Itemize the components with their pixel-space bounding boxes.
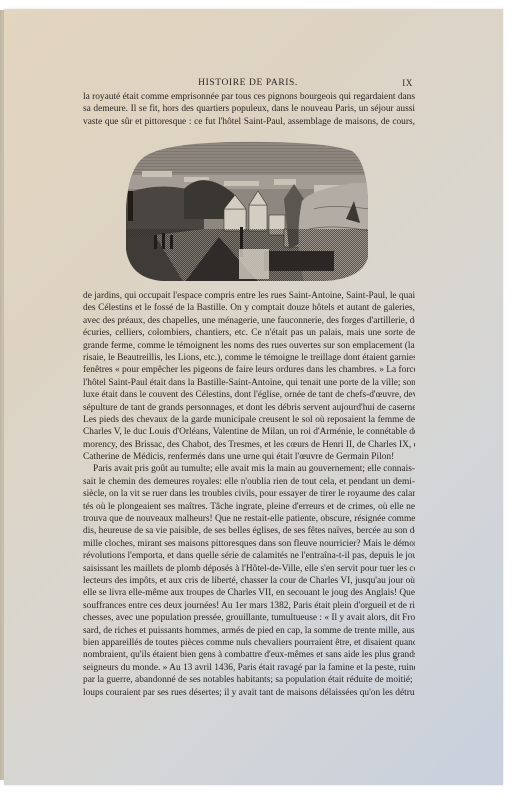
text-line: mille cloches, mirant ses maisons pittor…: [83, 538, 415, 550]
text-line: sépulture de tant de grands personnages,…: [83, 402, 415, 414]
text-line: morency, des Brissac, des Chabot, des Tr…: [83, 439, 415, 451]
text-line: sa demeure. Il se fit, hors des quartier…: [83, 103, 415, 115]
signature-mark: B: [394, 657, 398, 663]
text-line: Les pieds des chevaux de la garde munici…: [83, 414, 415, 426]
text-line: dis, heureuse de sa vie paisible, de ses…: [83, 525, 415, 537]
text-line: écuries, celliers, colombiers, chantiers…: [83, 327, 415, 339]
text-line: elle se livra elle-même aux troupes de C…: [83, 587, 415, 599]
running-head-title: HISTOIRE DE PARIS.: [83, 78, 413, 88]
text-line: chesses, avec une population pressée, gr…: [83, 612, 415, 624]
page-number: IX: [402, 78, 413, 88]
text-line: bien appareillés de toutes pièces comme …: [83, 637, 415, 649]
engraving-illustration: [124, 139, 370, 283]
text-line: l'hôtel Saint-Paul était dans la Bastill…: [83, 377, 415, 389]
text-line: loups couraient par ses rues désertes; i…: [83, 687, 415, 699]
text-line: lecteurs des impôts, et aux cris de libe…: [83, 575, 415, 587]
text-line: luxe était dans le couvent des Célestins…: [83, 389, 415, 401]
text-line: Catherine de Médicis, renfermés dans une…: [83, 451, 415, 463]
text-line: risaie, le Beautreillis, les Lions, etc.…: [83, 352, 415, 364]
text-line: sard, de riches et puissants hommes, arm…: [83, 625, 415, 637]
text-line: saisissant les maillets de plomb déposés…: [83, 563, 415, 575]
text-line: sait le chemin des demeures royales: ell…: [83, 476, 415, 488]
text-line: souffrances entre ces deux journées! Au …: [83, 600, 415, 612]
text-line: seigneurs du monde. » Au 13 avril 1436, …: [83, 662, 415, 674]
text-block-top: la royauté était comme emprisonnée par t…: [83, 91, 415, 128]
text-line: révolutions l'emporta, et dans quelle sé…: [83, 550, 415, 562]
text-line: siècle, on la vit se ruer dans les troub…: [83, 488, 415, 500]
text-line: avec des préaux, des chapelles, une ména…: [83, 315, 415, 327]
text-line: fenêtres « pour empêcher les pigeons de …: [83, 364, 415, 376]
text-line: grande ferme, comme le témoignent les no…: [83, 340, 415, 352]
text-line: de jardins, qui occupait l'espace compri…: [83, 290, 415, 302]
text-line: tés où le plongeaient ses maîtres. Tâche…: [83, 501, 415, 513]
text-line: par la guerre, abandonné de ses notables…: [83, 674, 415, 686]
text-line: trouva que de nouveaux malheurs! Que ne …: [83, 513, 415, 525]
paragraph-start-line: Paris avait pris goût au tumulte; elle a…: [83, 463, 415, 475]
running-head: HISTOIRE DE PARIS. IX: [83, 78, 413, 90]
text-line: des Célestins et le fossé de la Bastille…: [83, 302, 415, 314]
text-line: nombraient, qu'ils étaient bien gens à c…: [83, 649, 415, 661]
text-line: Charles V, le duc Louis d'Orléans, Valen…: [83, 426, 415, 438]
text-line: vaste que sûr et pittoresque : ce fut l'…: [83, 116, 415, 128]
text-block-body: de jardins, qui occupait l'espace compri…: [83, 290, 415, 699]
text-line: la royauté était comme emprisonnée par t…: [83, 91, 415, 103]
